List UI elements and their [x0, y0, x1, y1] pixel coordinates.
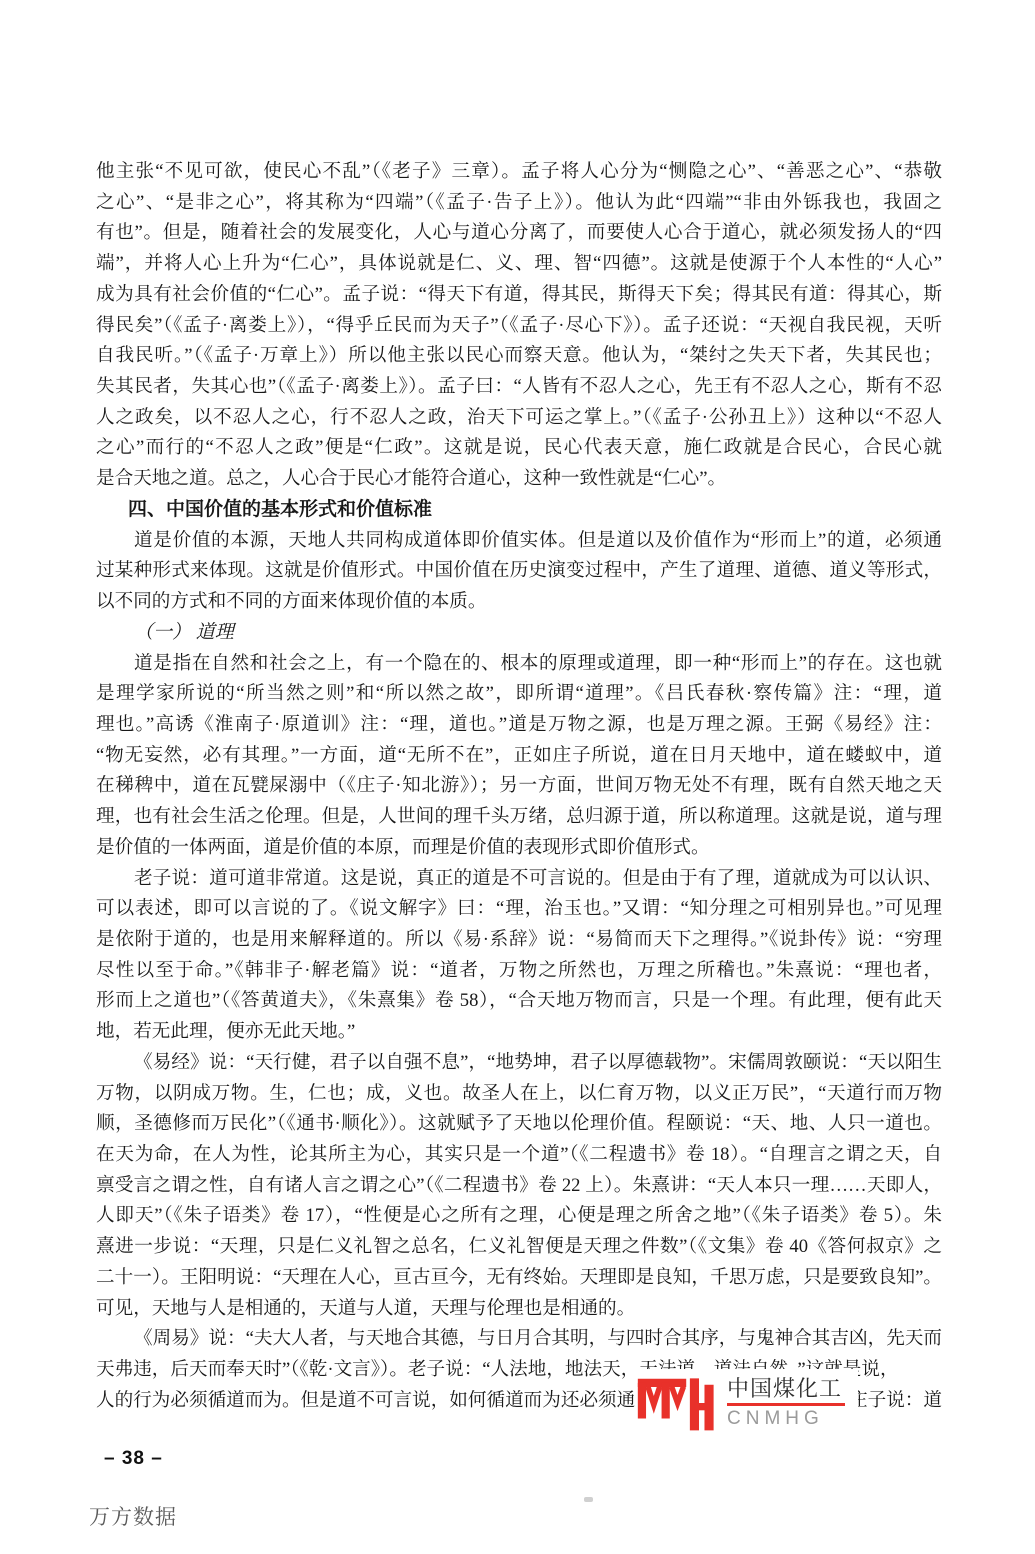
text-line: 理也。”高诱《淮南子·原道训》注：“理，道也。”道是万物之源，也是万理之源。王弼…: [96, 710, 942, 741]
text-line: “物无妄然，必有其理。”一方面，道“无所不在”，正如庄子所说，道在日月天地中，道…: [96, 741, 942, 772]
text-line: 尽性以至于命。”《韩非子·解老篇》说：“道者，万物之所然也，万理之所稽也。”朱熹…: [96, 956, 942, 987]
text-line: 是价值的一体两面，道是价值的本原，而理是价值的表现形式即价值形式。: [96, 833, 942, 864]
cnmhg-logo-icon: [636, 1373, 720, 1433]
text-line: 《周易》说：“夫大人者，与天地合其德，与日月合其明，与四时合其序，与鬼神合其吉凶…: [96, 1324, 942, 1355]
text-line: 人之政矣，以不忍人之心，行不忍人之政，治天下可运之掌上。”（《孟子·公孙丑上》）…: [96, 403, 942, 434]
text-line: 以不同的方式和不同的方面来体现价值的本质。: [96, 587, 942, 618]
cnmhg-watermark-text: 中国煤化工 CNMHG: [727, 1377, 858, 1429]
text-line: 《易经》说：“天行健，君子以自强不息”，“地势坤，君子以厚德载物”。宋儒周敦颐说…: [96, 1048, 942, 1079]
text-line: 在天为命，在人为性，论其所主为心，其实只是一个道”（《二程遗书》卷 18）。“自…: [96, 1140, 942, 1171]
text-line: 在稊稗中，道在瓦甓屎溺中（《庄子·知北游》）；另一方面，世间万物无处不有理，既有…: [96, 771, 942, 802]
text-line: 是理学家所说的“所当然之则”和“所以然之故”，即所谓“道理”。《吕氏春秋·察传篇…: [96, 679, 942, 710]
text-line: 地，若无此理，便亦无此天地。”: [96, 1017, 942, 1048]
cnmhg-company-name-en: CNMHG: [727, 1409, 858, 1429]
paragraph-value-forms: 道是价值的本源，天地人共同构成道体即价值实体。但是道以及价值作为“形而上”的道，…: [96, 526, 942, 618]
text-line: 过某种形式来体现。这就是价值形式。中国价值在历史演变过程中，产生了道理、道德、道…: [96, 556, 942, 587]
text-line: 自我民听。”（《孟子·万章上》）所以他主张以民心而察天意。他认为，“桀纣之失天下…: [96, 341, 942, 372]
text-line: 有也”。但是，随着社会的发展变化，人心与道心分离了，而要使人心合于道心，就必须发…: [96, 218, 942, 249]
text-line: 理，也有社会生活之伦理。但是，人世间的理千头万绪，总归源于道，所以称道理。这就是…: [96, 802, 942, 833]
text-line: 成为具有社会价值的“仁心”。孟子说：“得天下有道，得其民，斯得天下矣；得其民有道…: [96, 280, 942, 311]
cnmhg-company-name-cn: 中国煤化工: [727, 1377, 858, 1401]
text-line: 道是指在自然和社会之上，有一个隐在的、根本的原理或道理，即一种“形而上”的存在。…: [96, 649, 942, 680]
scan-artifact-speck: [584, 1497, 593, 1502]
paragraph-laozi-li: 老子说：道可道非常道。这是说，真正的道是不可言说的。但是由于有了理，道就成为可以…: [96, 864, 942, 1048]
section-heading: 四、中国价值的基本形式和价值标准: [96, 495, 942, 526]
paragraph-mencius-renxin: 他主张“不见可欲，使民心不乱”（《老子》三章）。孟子将人心分为“恻隐之心”、“善…: [96, 157, 942, 495]
text-line: 之心”、“是非之心”，将其称为“四端”（《孟子·告子上》）。他认为此“四端”“非…: [96, 188, 942, 219]
text-line: 得民矣”（《孟子·离娄上》），“得乎丘民而为天子”（《孟子·尽心下》）。孟子还说…: [96, 311, 942, 342]
document-page: 他主张“不见可欲，使民心不乱”（《老子》三章）。孟子将人心分为“恻隐之心”、“善…: [0, 0, 1035, 1554]
text-line: 熹进一步说：“天理，只是仁义礼智之总名，仁义礼智便是天理之件数”（《文集》卷 4…: [96, 1232, 942, 1263]
text-line: 老子说：道可道非常道。这是说，真正的道是不可言说的。但是由于有了理，道就成为可以…: [96, 864, 942, 895]
text-line: 他主张“不见可欲，使民心不乱”（《老子》三章）。孟子将人心分为“恻隐之心”、“善…: [96, 157, 942, 188]
text-line: 可见，天地与人是相通的，天道与人道，天理与伦理也是相通的。: [96, 1294, 942, 1325]
text-line: 之心”而行的“不忍人之政”便是“仁政”。这就是说，民心代表天意，施仁政就是合民心…: [96, 433, 942, 464]
text-line: 是依附于道的，也是用来解释道的。所以《易·系辞》说：“易简而天下之理得。”《说卦…: [96, 925, 942, 956]
cnmhg-underline: [727, 1403, 845, 1406]
paragraph-dao-and-li: 道是指在自然和社会之上，有一个隐在的、根本的原理或道理，即一种“形而上”的存在。…: [96, 649, 942, 864]
text-line: 万物，以阴成万物。生，仁也；成，义也。故圣人在上，以仁育万物，以义正万民”，“天…: [96, 1079, 942, 1110]
page-number: – 38 –: [104, 1448, 163, 1470]
occluded-line-left-fragment: 人的行为必须循道而为。但是道不可言说，如何循道而为还必须通: [96, 1386, 635, 1417]
wanfang-data-watermark: 万方数据: [89, 1501, 177, 1531]
text-line: 是合天地之道。总之，人心合于民心才能符合道心，这种一致性就是“仁心”。: [96, 464, 942, 495]
text-line: 失其民者，失其心也”（《孟子·离娄上》）。孟子曰：“人皆有不忍人之心，先王有不忍…: [96, 372, 942, 403]
cnmhg-watermark: 中国煤化工 CNMHG: [636, 1369, 858, 1437]
text-line: 端”，并将人心上升为“仁心”，具体说就是仁、义、理、智“四德”。这就是使源于个人…: [96, 249, 942, 280]
text-line: 形而上之道也”（《答黄道夫》，《朱熹集》卷 58），“合天地万物而言，只是一个理…: [96, 986, 942, 1017]
text-line: 人即天”（《朱子语类》卷 17），“性便是心之所有之理，心便是理之所舍之地”（《…: [96, 1201, 942, 1232]
paragraph-yijing-tianli: 《易经》说：“天行健，君子以自强不息”，“地势坤，君子以厚德载物”。宋儒周敦颐说…: [96, 1048, 942, 1324]
text-line: 禀受言之谓之性，自有诸人言之谓之心”（《二程遗书》卷 22 上）。朱熹讲：“天人…: [96, 1171, 942, 1202]
occluded-line-right-fragment: 庄子说：道: [849, 1386, 942, 1417]
subsection-heading-daoli: （一） 道理: [96, 618, 942, 649]
text-line: 道是价值的本源，天地人共同构成道体即价值实体。但是道以及价值作为“形而上”的道，…: [96, 526, 942, 557]
text-line: 顺，圣德修而万民化”（《通书·顺化》）。这就赋予了天地以伦理价值。程颐说：“天、…: [96, 1109, 942, 1140]
article-text: 他主张“不见可欲，使民心不乱”（《老子》三章）。孟子将人心分为“恻隐之心”、“善…: [96, 157, 942, 1416]
text-line: 可以表述，即可以言说的了。《说文解字》曰：“理，治玉也。”又谓：“知分理之可相别…: [96, 894, 942, 925]
text-line: 二十一）。王阳明说：“天理在人心，亘古亘今，无有终始。天理即是良知，千思万虑，只…: [96, 1263, 942, 1294]
